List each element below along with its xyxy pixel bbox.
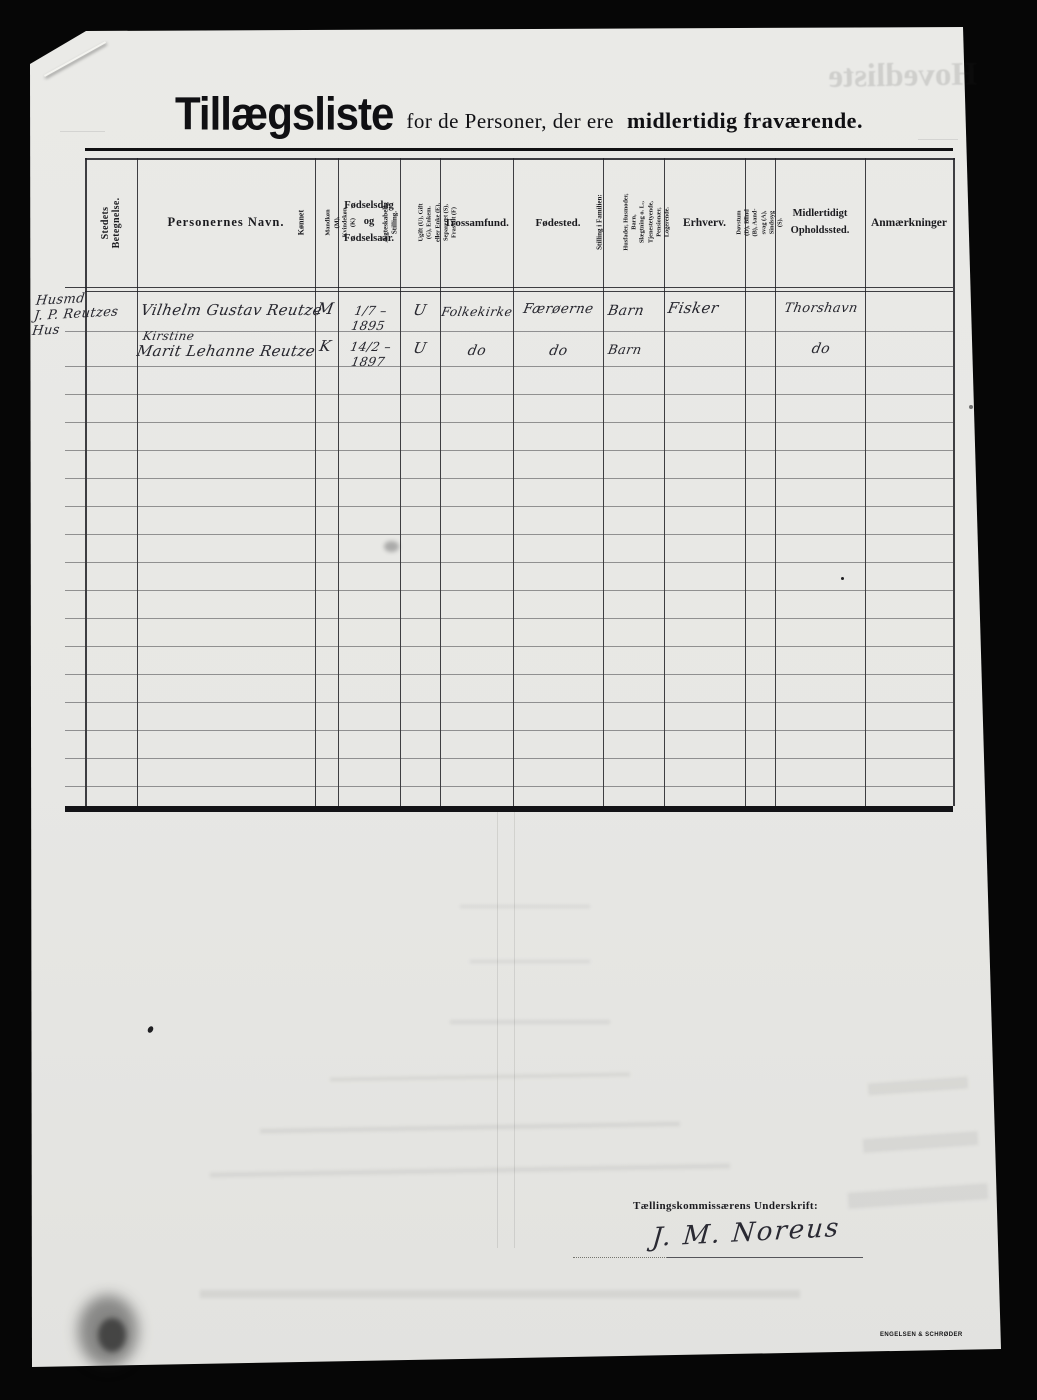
grid-line	[65, 702, 953, 703]
form-title-main: Tillægsliste	[175, 88, 393, 141]
grid-line	[65, 478, 953, 479]
row2-aegteskab: U	[398, 339, 441, 357]
row2-fodested: do	[513, 343, 605, 359]
grid-line	[65, 534, 953, 535]
grid-line	[65, 590, 953, 591]
form-title-emphasis: midlertidig fraværende.	[627, 108, 863, 134]
column-header-anmaerkninger: Anmærkninger	[865, 158, 953, 287]
grid-line	[65, 394, 953, 395]
row2-trossamfund: do	[440, 343, 515, 359]
grid-line	[65, 786, 953, 787]
signature-label: Tællingskommissærens Underskrift:	[633, 1200, 818, 1212]
grid-line	[65, 806, 953, 812]
ink-speck	[841, 577, 844, 580]
bleed-through-smudge	[460, 905, 590, 908]
grid-line	[65, 422, 953, 423]
title-rule	[85, 148, 953, 151]
row2-fodsel: 14/2 – 1897	[336, 339, 402, 369]
column-header-main: Stilling i Familien:	[595, 192, 604, 253]
row2-familie: Barn	[607, 343, 643, 358]
row1-erhverv: Fisker	[666, 299, 720, 317]
row1-navn: Vilhelm Gustav Reutze	[139, 301, 323, 319]
ink-smudge	[384, 541, 399, 552]
column-header-dovstum-blind: Døvstum (D), Blind (B), Aand- svag (A), …	[745, 158, 775, 287]
column-header-stilling-i-familien: Stilling i Familien: Husfader, Husmoder,…	[603, 158, 664, 287]
bleed-through-line	[918, 139, 958, 140]
column-header-midlertidigt-opholdssted: Midlertidigt Opholdssted.	[775, 158, 865, 287]
row1-opholdssted: Thorshavn	[776, 301, 867, 316]
bleed-through-smudge	[470, 960, 590, 963]
row2-kon: K	[311, 337, 339, 355]
corner-smudge-core	[98, 1318, 126, 1352]
row2-opholdssted: do	[776, 341, 867, 357]
form-title: Tillægsliste for de Personer, der ere mi…	[88, 90, 950, 138]
bleed-through-line	[514, 812, 515, 1248]
row1-kon: M	[311, 299, 339, 318]
grid-line	[953, 158, 955, 806]
column-header-aegteskabelig-stilling: Ægteskabelig Stilling. Ugift (U), Gift (…	[400, 158, 440, 287]
printer-imprint: ENGELSEN & SCHRØDER	[880, 1332, 963, 1338]
row2-navn-overline: Kirstine	[142, 329, 196, 343]
column-header-trossamfund: Trossamfund.	[440, 158, 513, 287]
signature-line	[667, 1257, 863, 1258]
grid-line	[65, 450, 953, 451]
ink-speck	[969, 405, 973, 409]
signature-line-dotted	[573, 1257, 669, 1258]
scanned-census-form: Hovedliste Tillægsliste for de Personer,…	[0, 0, 1037, 1400]
grid-line	[65, 331, 953, 332]
row1-trossamfund: Folkekirke	[440, 304, 515, 319]
grid-line	[65, 730, 953, 731]
row1-fodsel: 1/7 – 1895	[336, 303, 402, 333]
row1-sted: Husmd J. P. Reutzes Hus	[31, 288, 146, 339]
column-header-main: Kønnet	[296, 208, 306, 238]
grid-line	[65, 618, 953, 619]
row1-familie: Barn	[607, 303, 646, 319]
bleed-through-smudge	[450, 1020, 610, 1024]
form-title-mid: for de Personer, der ere	[406, 109, 614, 134]
column-header-erhverv: Erhverv.	[664, 158, 745, 287]
grid-line	[65, 758, 953, 759]
row1-fodested: Færøerne	[513, 301, 605, 317]
grid-line	[65, 506, 953, 507]
row1-aegteskab: U	[398, 301, 441, 319]
column-header-stedets-betegnelse: Stedets Betegnelse.	[85, 158, 137, 287]
grid-line	[65, 646, 953, 647]
bleed-through-line	[497, 812, 498, 1248]
grid-line	[65, 366, 953, 367]
grid-line	[65, 562, 953, 563]
grid-line	[65, 287, 953, 288]
column-header-main: Ægteskabelig Stilling.	[381, 202, 399, 242]
grid-line	[85, 291, 953, 292]
bleed-through-line	[60, 131, 105, 132]
bleed-through-smudge	[200, 1290, 800, 1298]
column-header-label: Stedets Betegnelse.	[100, 197, 122, 249]
column-header-konnet: Kønnet Mandkøn (M), Kvindekøn (K)	[315, 158, 338, 287]
grid-line	[65, 674, 953, 675]
row2-navn: Marit Lehanne Reutze	[135, 342, 316, 360]
